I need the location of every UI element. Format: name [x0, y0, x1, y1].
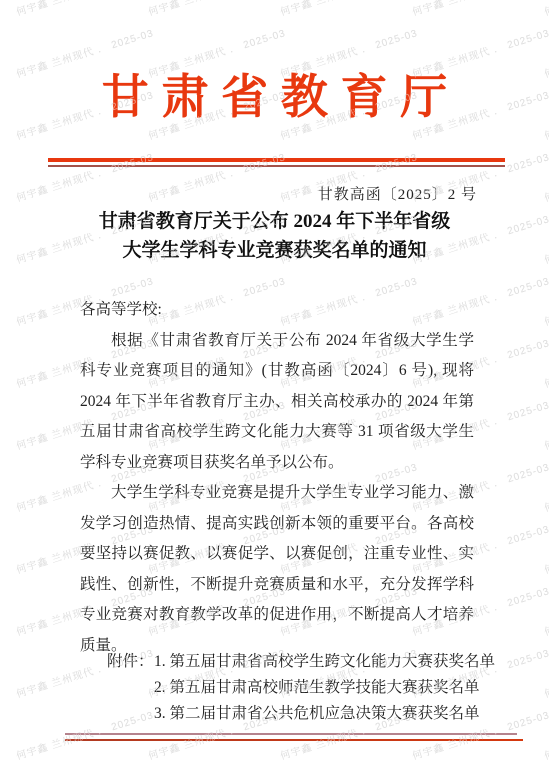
document-number: 甘教高函〔2025〕2 号	[318, 183, 477, 204]
document-page: 何宇鑫 兰州现代 ． 2025-03何宇鑫 兰州现代 ． 2025-03何宇鑫 …	[0, 0, 549, 761]
notice-title-line-1: 甘肃省教育厅关于公布 2024 年下半年省级	[0, 207, 549, 236]
notice-body: 各高等学校: 根据《甘肃省教育厅关于公布 2024 年省级大学生学科专业竞赛项目…	[80, 295, 474, 661]
attachments-label: 附件：	[107, 649, 154, 727]
salutation: 各高等学校:	[80, 295, 474, 326]
paragraph-2: 大学生学科专业竞赛是提升大学生专业学习能力、激发学习创造热情、提高实践创新本领的…	[80, 478, 474, 661]
attachments-list: 1. 第五届甘肃省高校学生跨文化能力大赛获奖名单 2. 第五届甘肃高校师范生教学…	[154, 649, 495, 727]
agency-letterhead: 甘肃省教育厅	[0, 70, 549, 126]
footer-divider-red	[65, 739, 523, 742]
notice-title: 甘肃省教育厅关于公布 2024 年下半年省级 大学生学科专业竞赛获奖名单的通知	[0, 207, 549, 265]
footer-divider-thin	[65, 733, 517, 735]
notice-title-line-2: 大学生学科专业竞赛获奖名单的通知	[0, 236, 549, 265]
attachments-section: 附件： 1. 第五届甘肃省高校学生跨文化能力大赛获奖名单 2. 第五届甘肃高校师…	[107, 649, 495, 727]
attachment-item-3: 3. 第二届甘肃省公共危机应急决策大赛获奖名单	[154, 701, 495, 727]
document-content: 甘肃省教育厅 甘教高函〔2025〕2 号 甘肃省教育厅关于公布 2024 年下半…	[0, 0, 549, 761]
paragraph-1: 根据《甘肃省教育厅关于公布 2024 年省级大学生学科专业竞赛项目的通知》(甘教…	[80, 326, 474, 479]
header-divider-thick	[48, 158, 505, 162]
attachment-item-2: 2. 第五届甘肃高校师范生教学技能大赛获奖名单	[154, 675, 495, 701]
header-divider-thin	[48, 165, 505, 167]
attachment-item-1: 1. 第五届甘肃省高校学生跨文化能力大赛获奖名单	[154, 649, 495, 675]
